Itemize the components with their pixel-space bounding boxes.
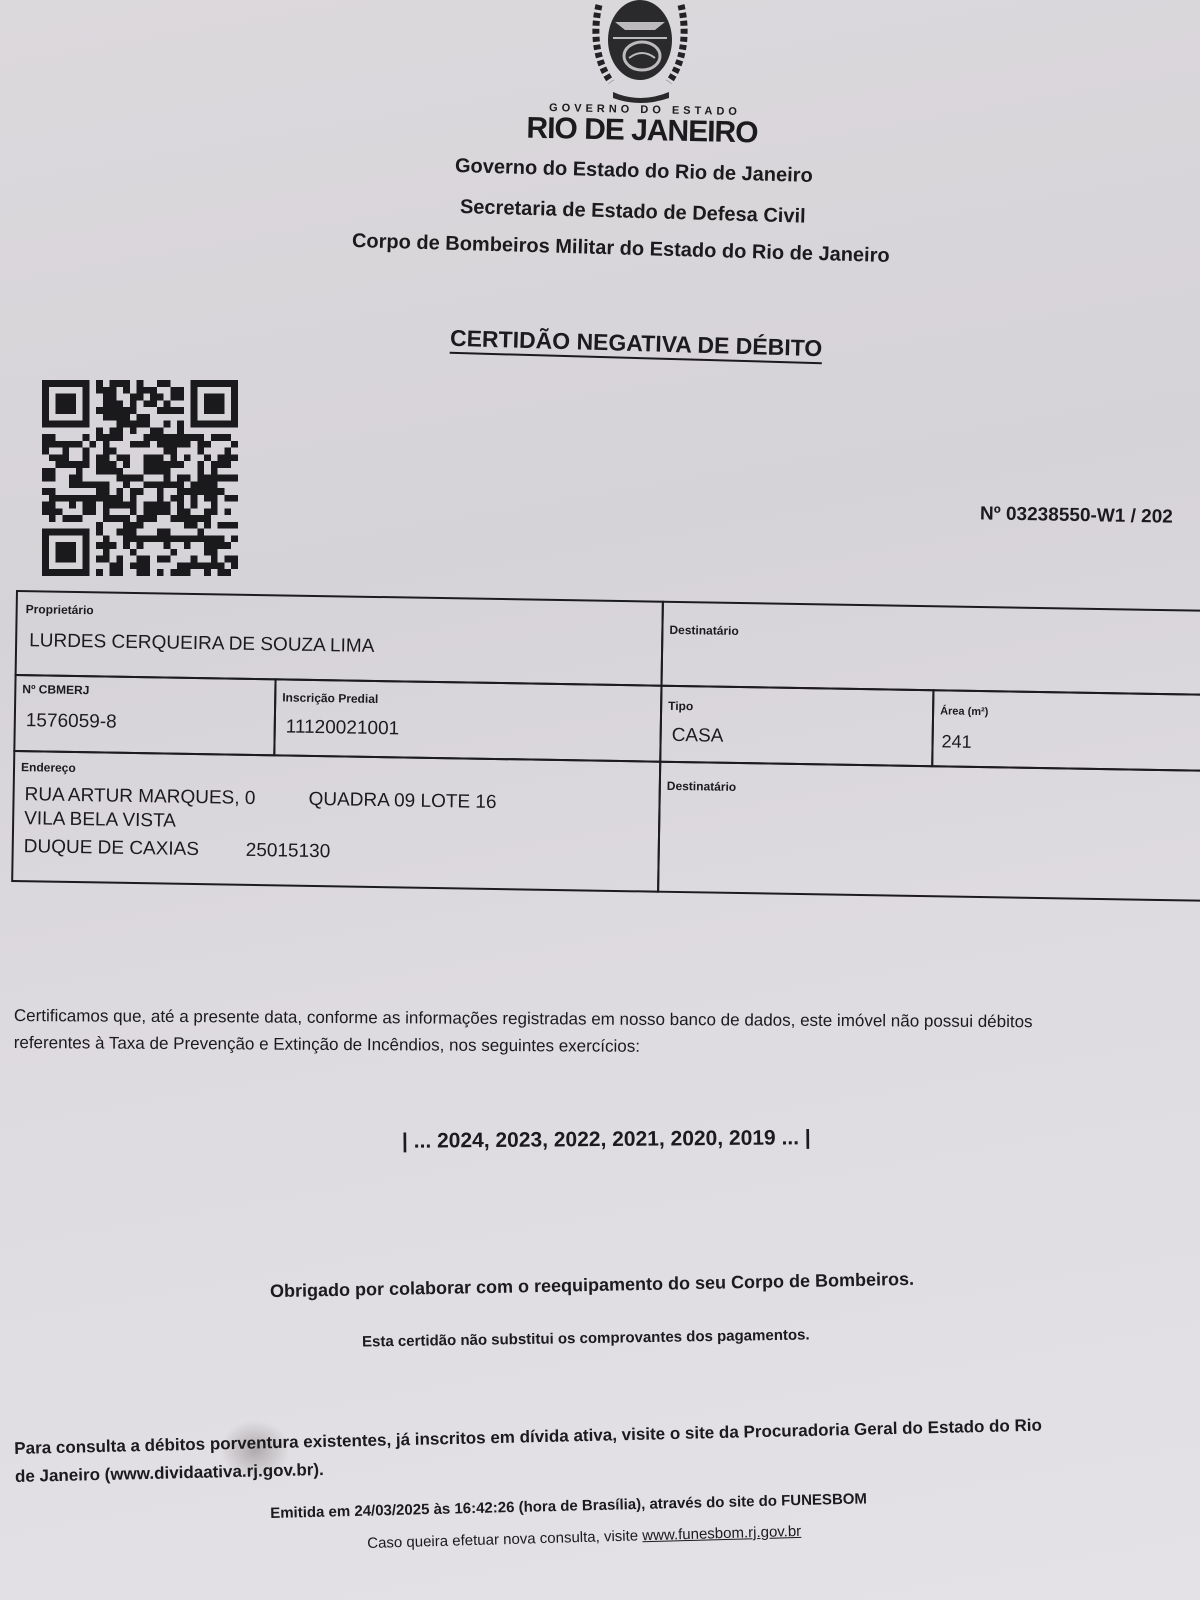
- owner-label: Proprietário: [26, 602, 94, 617]
- thanks-message: Obrigado por colaborar com o reequipamen…: [270, 1269, 914, 1302]
- qr-code-icon[interactable]: [40, 380, 240, 576]
- cbmerj-value: 1576059-8: [26, 710, 117, 734]
- address-city: DUQUE DE CAXIAS: [24, 836, 200, 861]
- recipient-label: Destinatário: [669, 623, 739, 638]
- owner-value: LURDES CERQUEIRA DE SOUZA LIMA: [29, 630, 375, 658]
- document-page: GOVERNO DO ESTADO RIO DE JANEIRO Governo…: [0, 0, 1200, 1600]
- owner-cell: Proprietário LURDES CERQUEIRA DE SOUZA L…: [15, 590, 664, 687]
- address-block-lot: QUADRA 09 LOTE 16: [308, 789, 496, 814]
- certification-paragraph: Certificamos que, até a presente data, c…: [14, 1002, 1200, 1063]
- type-value: CASA: [671, 725, 723, 748]
- header-line-secretariat: Secretaria de Estado de Defesa Civil: [460, 196, 806, 229]
- area-cell: Área (m²) 241: [931, 689, 1200, 772]
- header-line-fire-department: Corpo de Bombeiros Militar do Estado do …: [352, 230, 890, 268]
- cbmerj-cell: Nº CBMERJ 1576059-8: [13, 674, 276, 756]
- property-registration-label: Inscrição Predial: [282, 690, 378, 706]
- fiscal-years: | ... 2024, 2023, 2022, 2021, 2020, 2019…: [402, 1126, 811, 1154]
- address-label: Endereço: [21, 760, 76, 775]
- property-table: Proprietário LURDES CERQUEIRA DE SOUZA L…: [11, 590, 1200, 906]
- disclaimer-note: Esta certidão não substitui os comprovan…: [362, 1326, 810, 1350]
- area-label: Área (m²): [940, 705, 988, 718]
- recipient-address-label: Destinatário: [667, 779, 737, 794]
- new-query-line: Caso queira efetuar nova consulta, visit…: [367, 1523, 801, 1552]
- area-value: 241: [941, 731, 971, 752]
- property-registration-cell: Inscrição Predial 11120021001: [273, 678, 662, 762]
- issued-timestamp: Emitida em 24/03/2025 às 16:42:26 (hora …: [270, 1490, 867, 1522]
- address-neighborhood: VILA BELA VISTA: [24, 808, 176, 833]
- property-registration-value: 11120021001: [286, 716, 400, 740]
- page-title: CERTIDÃO NEGATIVA DE DÉBITO: [450, 325, 823, 362]
- rio-de-janeiro-coat-of-arms-icon: [585, 0, 695, 108]
- recipient-cell: Destinatário: [660, 601, 1200, 697]
- new-query-text: Caso queira efetuar nova consulta, visit…: [367, 1527, 643, 1552]
- address-zip: 25015130: [246, 840, 331, 863]
- address-street: RUA ARTUR MARQUES, 0: [24, 784, 255, 810]
- funesbom-link[interactable]: www.funesbom.rj.gov.br: [642, 1523, 801, 1544]
- header-line-government: Governo do Estado do Rio de Janeiro: [455, 155, 813, 188]
- gov-big-text: RIO DE JANEIRO: [512, 111, 773, 150]
- address-cell: Endereço RUA ARTUR MARQUES, 0 QUADRA 09 …: [11, 750, 661, 893]
- cbmerj-label: Nº CBMERJ: [22, 682, 89, 697]
- type-cell: Tipo CASA: [659, 685, 934, 768]
- active-debt-notice: Para consulta a débitos porventura exist…: [14, 1407, 1200, 1491]
- certificate-number: Nº 03238550-W1 / 202: [980, 503, 1173, 528]
- type-label: Tipo: [668, 699, 693, 713]
- recipient-address-cell: Destinatário: [657, 761, 1200, 903]
